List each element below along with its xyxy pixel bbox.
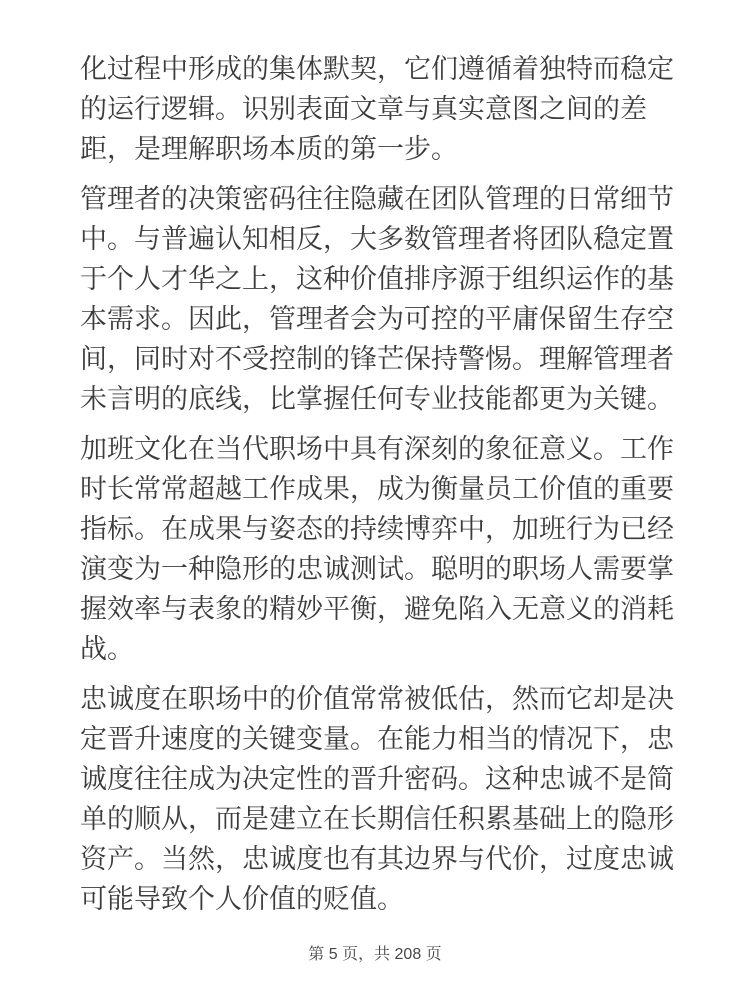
paragraph: 化过程中形成的集体默契，它们遵循着独特而稳定的运行逻辑。识别表面文章与真实意图之… (80, 49, 676, 169)
paragraph: 加班文化在当代职场中具有深刻的象征意义。工作时长常常超越工作成果，成为衡量员工价… (80, 429, 676, 669)
page-number-indicator: 第 5 页，共 208 页 (308, 946, 441, 963)
page-footer: 第 5 页，共 208 页 (0, 944, 750, 966)
document-page: 化过程中形成的集体默契，它们遵循着独特而稳定的运行逻辑。识别表面文章与真实意图之… (0, 0, 750, 1000)
paragraph: 管理者的决策密码往往隐藏在团队管理的日常细节中。与普遍认知相反，大多数管理者将团… (80, 179, 676, 419)
paragraph: 忠诚度在职场中的价值常常被低估，然而它却是决定晋升速度的关键变量。在能力相当的情… (80, 679, 676, 919)
text-content: 化过程中形成的集体默契，它们遵循着独特而稳定的运行逻辑。识别表面文章与真实意图之… (80, 49, 676, 929)
